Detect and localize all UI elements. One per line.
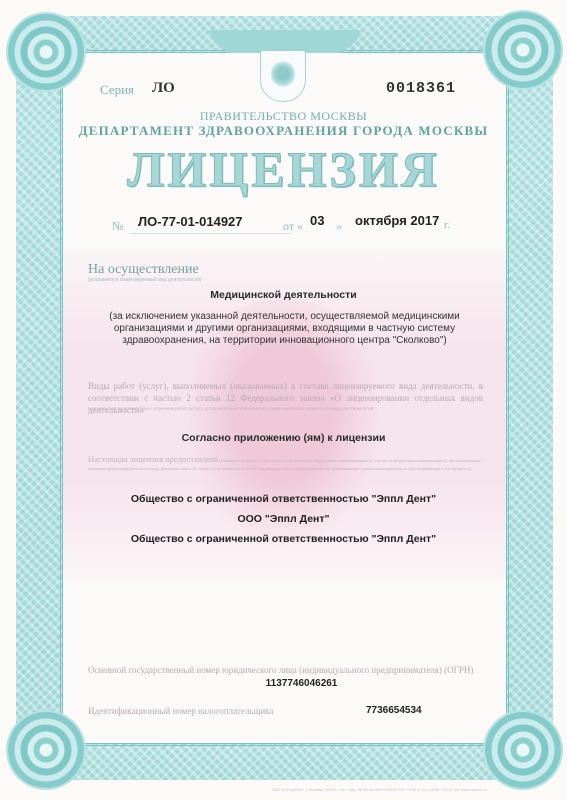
inn-label: Идентификационный номер налогоплательщик… xyxy=(88,706,273,716)
license-number-label: № xyxy=(112,219,123,234)
printer-imprint: ЗАО «ОПЦИОН», г. Москва, 2016 г., «А», л… xyxy=(272,787,487,792)
ogrn-label: Основной государственный номер юридическ… xyxy=(88,665,483,675)
issue-month-year: октября 2017 xyxy=(355,213,439,228)
rosette-ornament-icon xyxy=(8,14,84,90)
rosette-ornament-icon xyxy=(8,712,84,788)
works-sublabel: (указываются в соответствии с перечнем р… xyxy=(88,406,477,411)
activity-sublabel: (указывается лицензируемый вид деятельно… xyxy=(88,277,202,283)
coat-of-arms-icon xyxy=(260,50,306,102)
appendix-reference: Согласно приложению (ям) к лицензии xyxy=(0,432,567,444)
licensed-activity: Медицинской деятельности xyxy=(0,289,567,301)
license-number-underline xyxy=(130,233,290,234)
issue-day: 03 xyxy=(310,213,324,228)
ogrn-value: 1137746046261 xyxy=(0,678,567,689)
frame-border-bottom xyxy=(40,743,527,780)
inn-value: 7736654534 xyxy=(366,705,422,716)
year-suffix: г. xyxy=(444,219,450,231)
license-certificate: Серия ЛО 0018361 ПРАВИТЕЛЬСТВО МОСКВЫ ДЕ… xyxy=(0,0,567,800)
organization-full-name: Общество с ограниченной ответственностью… xyxy=(0,493,567,505)
series-value: ЛО xyxy=(152,80,175,97)
date-close-quote: » xyxy=(336,219,342,234)
granted-to-label: Настоящая лицензия предоставлена (указыв… xyxy=(88,455,483,473)
activity-label: На осуществление xyxy=(88,262,199,278)
rosette-ornament-icon xyxy=(485,12,561,88)
document-title: ЛИЦЕНЗИЯ xyxy=(0,140,567,198)
issuer-government: ПРАВИТЕЛЬСТВО МОСКВЫ xyxy=(0,109,567,124)
granted-lead: Настоящая лицензия предоставлена xyxy=(88,454,218,464)
series-label: Серия xyxy=(100,82,134,98)
issuer-department: ДЕПАРТАМЕНТ ЗДРАВООХРАНЕНИЯ ГОРОДА МОСКВ… xyxy=(0,123,567,139)
license-number: ЛО-77-01-014927 xyxy=(138,214,243,229)
date-from-label: от « xyxy=(283,219,303,234)
activity-exclusion-note: (за исключением указанной деятельности, … xyxy=(80,311,489,347)
rosette-ornament-icon xyxy=(485,712,561,788)
organization-full-name-repeat: Общество с ограниченной ответственностью… xyxy=(0,533,567,545)
serial-number: 0018361 xyxy=(386,80,456,97)
organization-short-name: ООО "Эппл Дент" xyxy=(0,513,567,525)
